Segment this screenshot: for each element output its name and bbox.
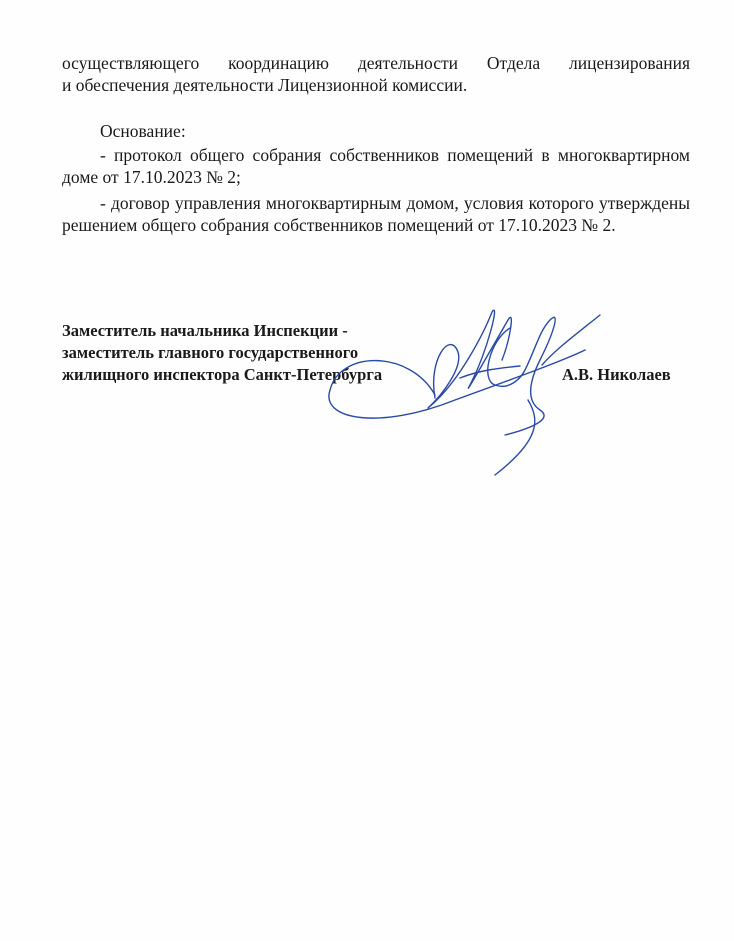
basis-item-contract-text: - договор управления многоквартирным дом…	[62, 192, 690, 236]
basis-heading: Основание:	[62, 120, 690, 142]
basis-item-contract: - договор управления многоквартирным дом…	[62, 192, 690, 236]
signatory-title-line: Заместитель начальника Инспекции -	[62, 320, 382, 342]
basis-heading-text: Основание:	[62, 120, 690, 142]
signer-name: А.В. Николаев	[562, 364, 671, 386]
signatory-title-line: жилищного инспектора Санкт-Петербурга	[62, 364, 382, 386]
paragraph-line: осуществляющего координацию деятельности…	[62, 52, 690, 96]
signatory-title: Заместитель начальника Инспекции - замес…	[62, 320, 382, 386]
basis-item-protocol-text: - протокол общего собрания собственников…	[62, 144, 690, 188]
basis-item-protocol: - протокол общего собрания собственников…	[62, 144, 690, 188]
document-page: осуществляющего координацию деятельности…	[0, 0, 734, 941]
paragraph-coordination: осуществляющего координацию деятельности…	[62, 52, 690, 96]
signatory-title-line: заместитель главного государственного	[62, 342, 382, 364]
